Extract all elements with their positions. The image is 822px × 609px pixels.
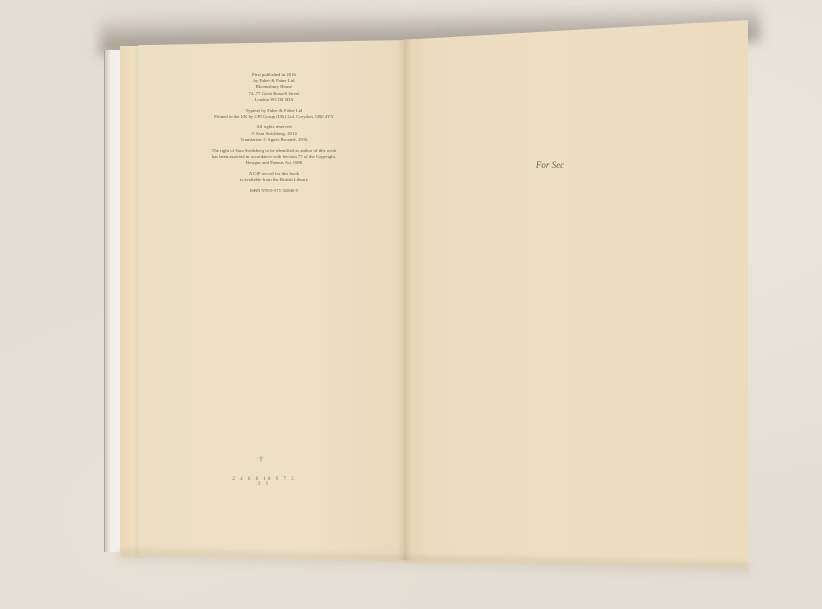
book-gutter [398, 40, 412, 560]
rights-block: All rights reserved © Sara Stridsberg, 2… [160, 124, 388, 143]
copyright-text: First published in 2016 by Faber & Faber… [160, 72, 388, 198]
cip-block: A CIP record for this book is available … [160, 171, 388, 183]
right-page [404, 20, 748, 568]
print-line: 2 4 6 8 10 9 7 5 3 1 [232, 477, 296, 487]
isbn-block: ISBN 978-0-571-32846-5 [160, 188, 388, 194]
dedication: For Sec [520, 160, 580, 170]
printer-block: Typeset by Faber & Faber Ltd Printed in … [160, 108, 388, 120]
moral-rights-block: The right of Sara Stridsberg to be ident… [160, 148, 388, 167]
printer-mark-icon: † [258, 455, 264, 471]
publisher-block: First published in 2016 by Faber & Faber… [160, 72, 388, 103]
